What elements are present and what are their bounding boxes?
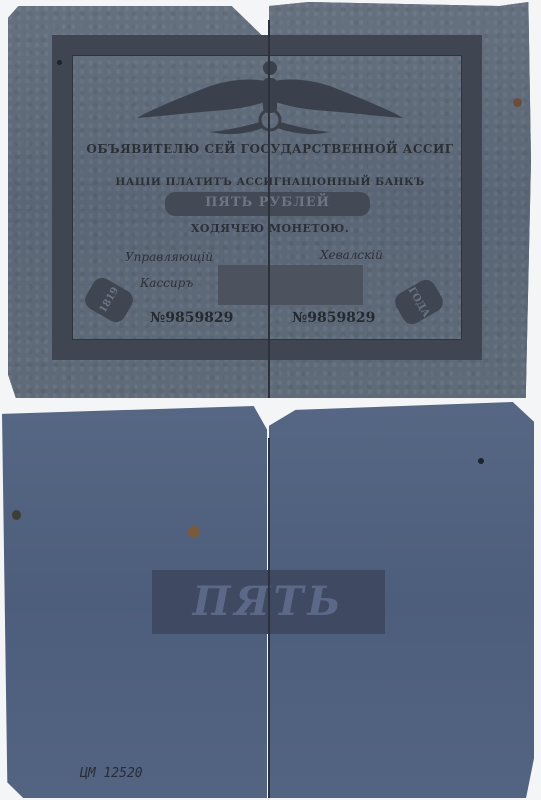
- serial-number-right: №9859829: [292, 310, 375, 326]
- fold-crease: [268, 438, 270, 798]
- inventory-number: ЦМ 12520: [80, 766, 143, 781]
- serial-number-left: №9859829: [150, 310, 233, 326]
- stain-spot: [188, 526, 200, 538]
- signature-name-manager: Хевалскій: [320, 248, 383, 262]
- fold-crease: [268, 20, 270, 398]
- double-headed-eagle-icon: [135, 60, 405, 145]
- banknote-front: ОБЪЯВИТЕЛЮ СЕЙ ГОСУДАРСТВЕННОЙ АССИГ НАЦ…: [0, 0, 541, 400]
- stain-spot: [57, 60, 62, 65]
- banknote-back: ПЯТЬ ЦМ 12520: [0, 402, 541, 800]
- signature-label-cashier: Кассиръ: [140, 276, 193, 290]
- cashier-signature-box: [218, 265, 363, 305]
- stain-spot: [513, 98, 522, 107]
- text-line-2: НАЦІИ ПЛАТИТЪ АССИГНАЦІОННЫЙ БАНКЪ: [80, 176, 460, 188]
- text-line-4: ХОДЯЧЕЮ МОНЕТОЮ.: [80, 222, 460, 235]
- text-line-1: ОБЪЯВИТЕЛЮ СЕЙ ГОСУДАРСТВЕННОЙ АССИГ: [80, 142, 460, 156]
- signature-label-manager: Управляющій: [125, 250, 213, 264]
- stain-spot: [478, 458, 484, 464]
- stain-spot: [12, 510, 21, 520]
